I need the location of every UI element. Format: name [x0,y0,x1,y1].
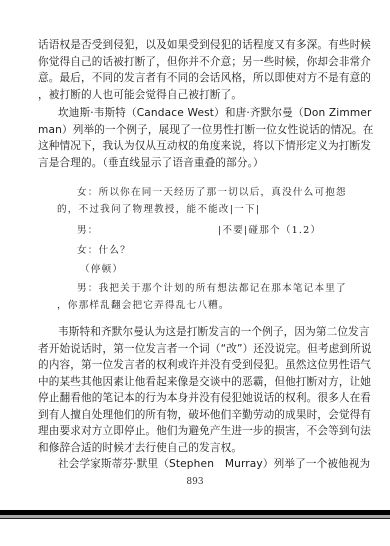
dialogue-line: 男：我把关于那个计划的所有想法都记在那本笔记本里了 [77,280,347,294]
text-line: 者开始说话时，第一位发言者一个词（“改”）还没说完。但考虑到所说 [38,341,344,358]
dialogue-line: （停顿） [80,261,123,275]
text-line: 你觉得自己的话被打断了，但你并不介意；另一些时候，你却会非常介 [38,54,344,71]
text-line: 理由要求对方立即停止。他们为避免产生进一步的损害，不会等到句法 [38,423,344,440]
paragraph-2: 坎迪斯·韦斯特（Candace West）和唐·齐默尔曼（Don Zimmer … [38,105,344,171]
text-line: 社会学家斯蒂芬·默里（Stephen Murray）列举了一个被他视为 [38,456,344,473]
text-line: 停止翻看他的笔记本的行为本身并没有侵犯她说话的权利。很多人在看 [38,390,344,407]
dialogue-line: 女：所以你在同一天经历了那一切以后，真没什么可抱怨 [77,184,347,198]
dialogue-line: |不要|碰那个（1.2） [218,222,321,236]
dialogue-speaker: 男： [77,222,99,236]
paragraph-4: 社会学家斯蒂芬·默里（Stephen Murray）列举了一个被他视为 [38,456,344,473]
text-line: 和修辞合适的时候才去行使自己的发言权。 [38,440,344,457]
text-line: 话语权是否受到侵犯，以及如果受到侵犯的话程度又有多深。有些时候 [38,37,344,54]
text-line: 言是合理的。（垂直线显示了语音重叠的部分。） [38,155,344,172]
text-line: 坎迪斯·韦斯特（Candace West）和唐·齐默尔曼（Don Zimmer [38,105,344,122]
text-line: ，被打断的人也可能会觉得自己被打断了。 [38,87,344,104]
text-line: 这种情况下，我认为仅从互动权的角度来说，将以下情形定义为打断发 [38,138,344,155]
dialogue-line: 的，不过我问了物理教授，能不能改|一下| [57,201,260,215]
page-divider-line [0,518,390,519]
text-line: 的内容，第一位发言者的权利或许并没有受到侵犯。虽然这位男性语气 [38,357,344,374]
text-line: 韦斯特和齐默尔曼认为这是打断发言的一个例子，因为第二位发言 [38,324,344,341]
page-number: 893 [0,477,390,487]
document-page: 话语权是否受到侵犯，以及如果受到侵犯的话程度又有多深。有些时候 你觉得自己的话被… [0,0,390,546]
dialogue-line: 女：什么？ [77,242,131,256]
text-line: 中的某些其他因素让他看起来像是交谈中的恶霸，但他打断对方，让她 [38,374,344,391]
paragraph-1: 话语权是否受到侵犯，以及如果受到侵犯的话程度又有多深。有些时候 你觉得自己的话被… [38,37,344,103]
text-line: man）列举的一个例子，展现了一位男性打断一位女性说话的情况。在 [38,122,344,139]
paragraph-3: 韦斯特和齐默尔曼认为这是打断发言的一个例子，因为第二位发言 者开始说话时，第一位… [38,324,344,456]
text-line: 意。最后，不同的发言者有不同的会话风格，所以即使对方不是有意的 [38,70,344,87]
dialogue-line: ，你那样乱翻会把它弄得乱七八糟。 [57,297,230,311]
text-line: 到有人擅自处理他们的所有物，破坏他们辛勤劳动的成果时，会觉得有 [38,407,344,424]
